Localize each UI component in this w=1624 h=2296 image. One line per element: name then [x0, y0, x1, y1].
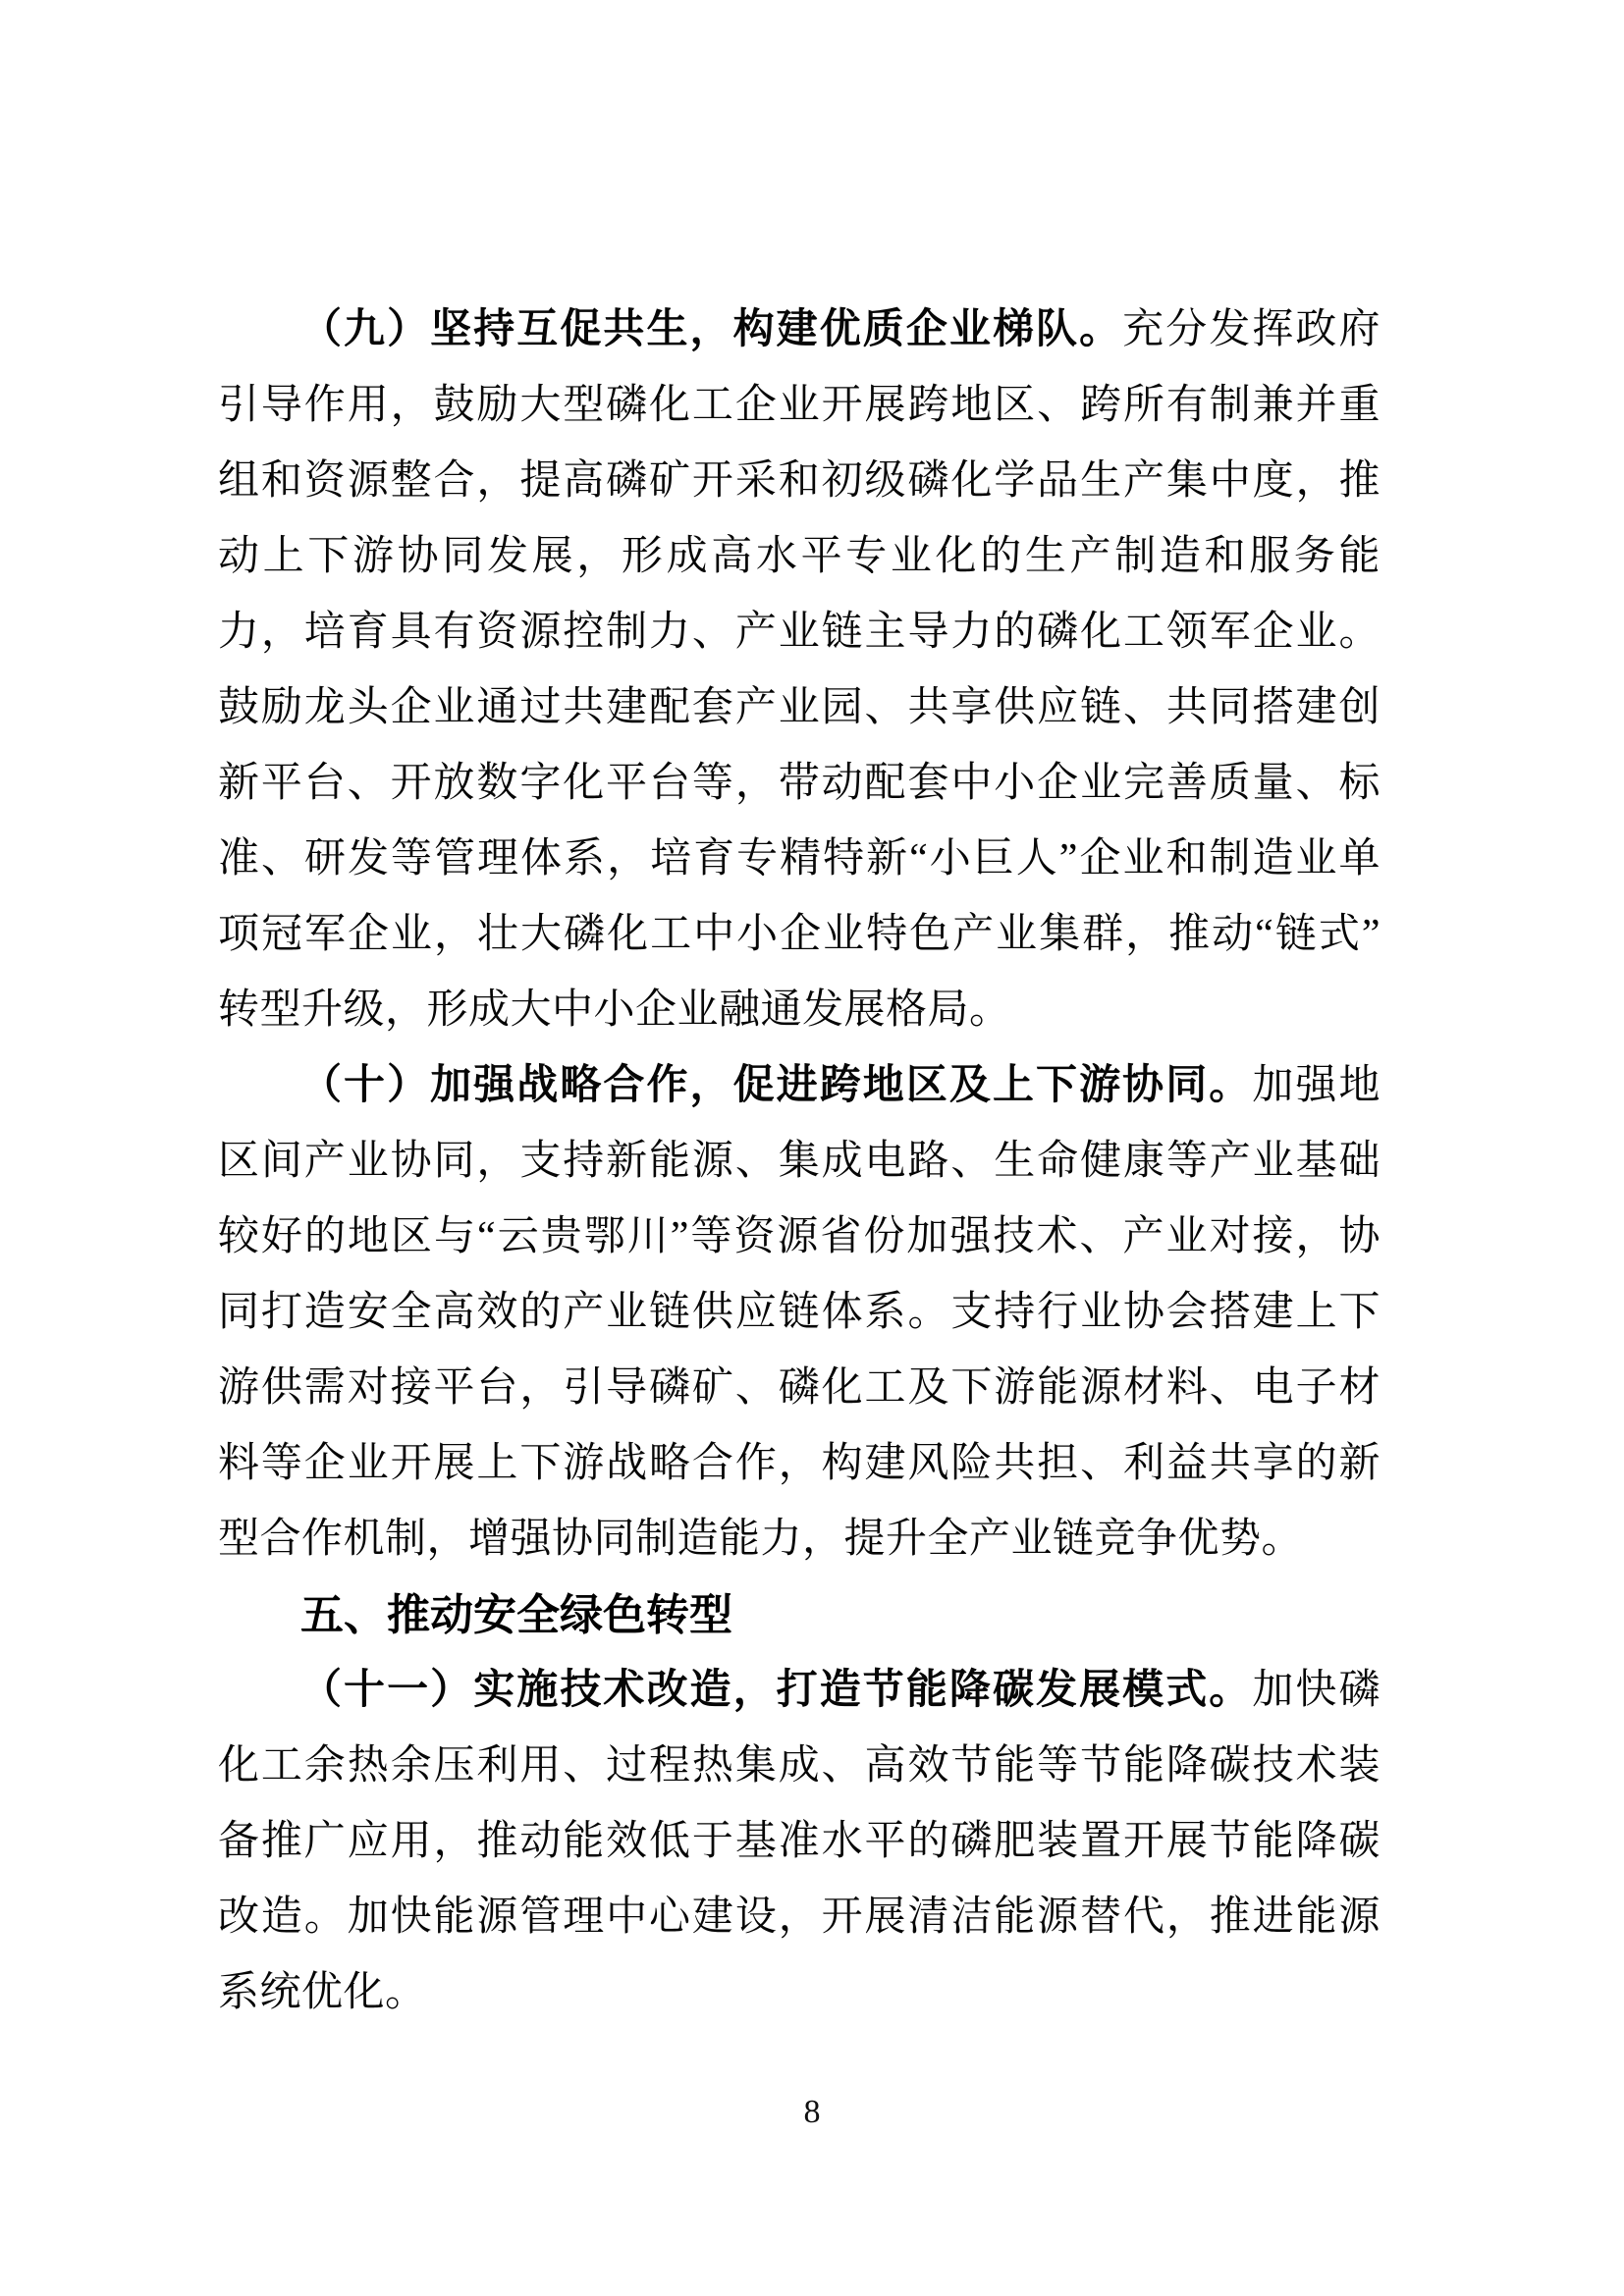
paragraph-item-11: （十一）实施技术改造，打造节能降碳发展模式。加快磷化工余热余压利用、过程热集成、… [218, 1653, 1380, 2031]
paragraph-item-11-lead: （十一）实施技术改造，打造节能降碳发展模式。 [300, 1668, 1252, 1713]
paragraph-item-9-body: 充分发挥政府引导作用，鼓励大型磷化工企业开展跨地区、跨所有制兼并重组和资源整合，… [218, 307, 1380, 1033]
page-text-content: （九）坚持互促共生，构建优质企业梯队。充分发挥政府引导作用，鼓励大型磷化工企业开… [218, 293, 1380, 2031]
paragraph-item-9: （九）坚持互促共生，构建优质企业梯队。充分发挥政府引导作用，鼓励大型磷化工企业开… [218, 293, 1380, 1048]
paragraph-item-10-body: 加强地区间产业协同，支持新能源、集成电路、生命健康等产业基础较好的地区与“云贵鄂… [218, 1063, 1380, 1562]
page-number: 8 [0, 2093, 1624, 2132]
document-page: （九）坚持互促共生，构建优质企业梯队。充分发挥政府引导作用，鼓励大型磷化工企业开… [0, 0, 1624, 2296]
paragraph-item-10-lead: （十）加强战略合作，促进跨地区及上下游协同。 [300, 1063, 1252, 1108]
paragraph-item-10: （十）加强战略合作，促进跨地区及上下游协同。加强地区间产业协同，支持新能源、集成… [218, 1048, 1380, 1577]
paragraph-item-9-lead: （九）坚持互促共生，构建优质企业梯队。 [300, 307, 1122, 352]
section-heading-5: 五、推动安全绿色转型 [218, 1577, 1380, 1653]
paragraph-item-11-body: 加快磷化工余热余压利用、过程热集成、高效节能等节能降碳技术装备推广应用，推动能效… [218, 1668, 1380, 2015]
